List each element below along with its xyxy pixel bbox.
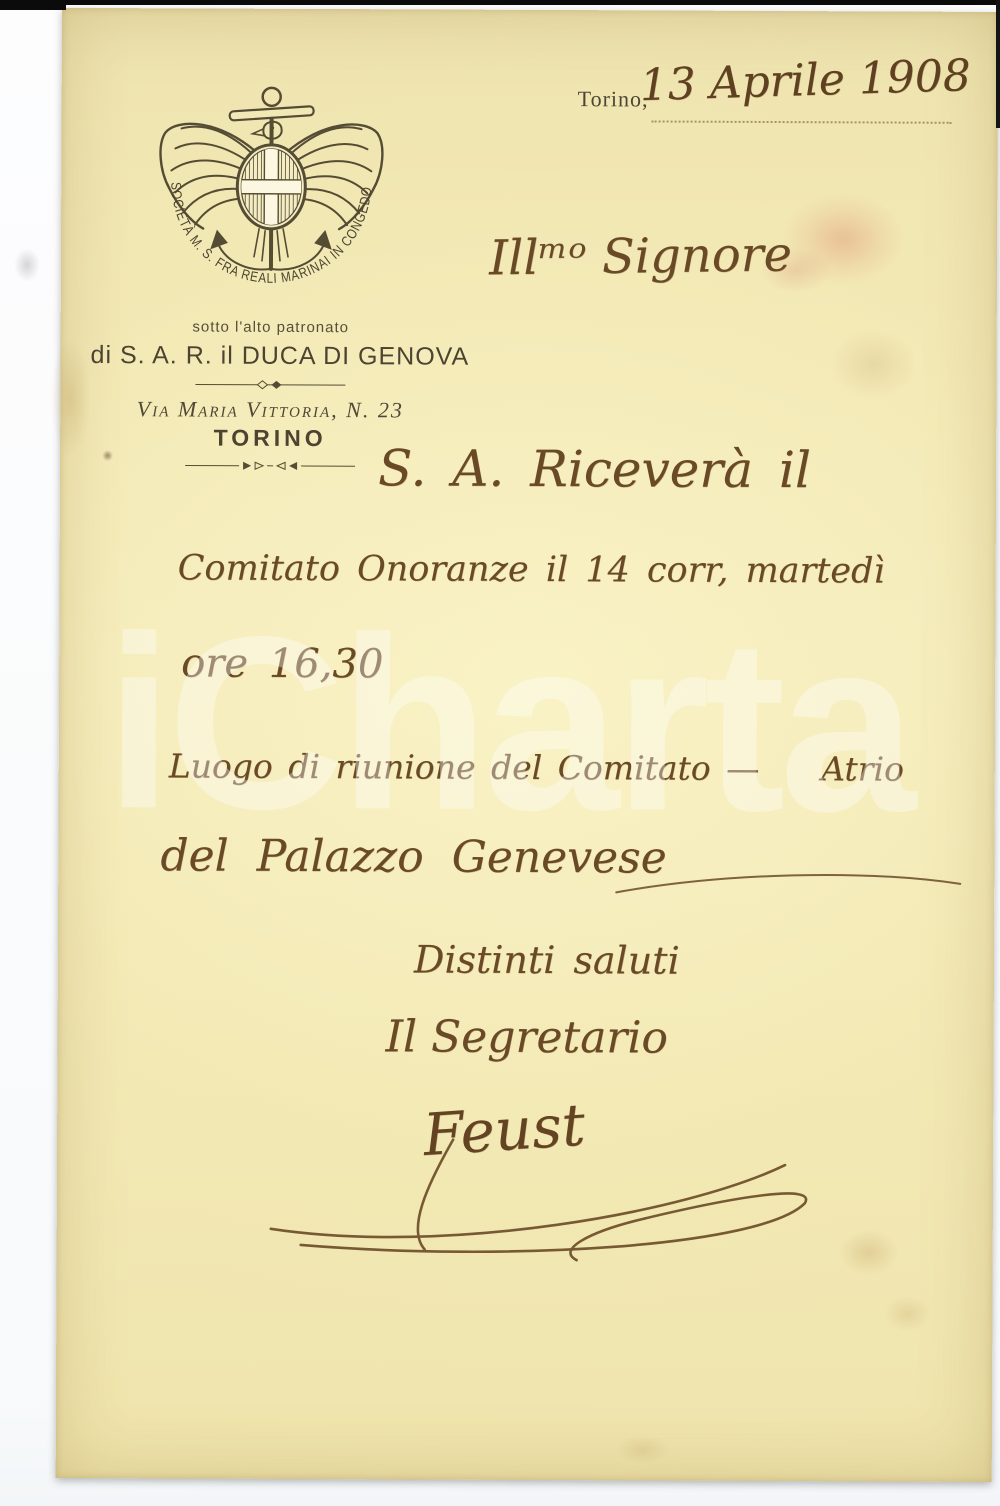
handwritten-line: S. A. Riceverà il bbox=[378, 439, 811, 499]
diamond-divider bbox=[195, 378, 345, 391]
scan-edge-right bbox=[996, 0, 1000, 128]
letterhead: SOCIETÀ M. S. FRA REALI MARINAI IN CONGE… bbox=[90, 70, 452, 473]
handwritten-line: Luogo di riunione del Comitato — Atrio bbox=[169, 746, 904, 788]
edge-stain bbox=[50, 338, 91, 458]
address-line: Via Maria Vittoria, N. 23 bbox=[90, 396, 450, 424]
pink-stain bbox=[783, 193, 903, 286]
patronage-line: sotto l'alto patronato bbox=[91, 318, 451, 337]
foxing-spot bbox=[839, 1229, 899, 1275]
scan-edge-top bbox=[0, 0, 1000, 5]
foxing-spot bbox=[616, 1434, 670, 1464]
pen-flourish bbox=[614, 866, 964, 902]
foxing-spot bbox=[884, 1296, 930, 1332]
signature-flourish bbox=[257, 1133, 838, 1276]
icharta-watermark: iCharta bbox=[104, 600, 911, 850]
tan-stain bbox=[830, 329, 916, 399]
eagle-anchor-emblem-icon: SOCIETÀ M. S. FRA REALI MARINAI IN CONGE… bbox=[119, 70, 424, 315]
handwritten-line: ore 16,30 bbox=[181, 640, 383, 687]
handwritten-line: del Palazzo Genevese bbox=[160, 830, 667, 883]
background-smudge bbox=[14, 248, 40, 282]
scan-edge-topleft bbox=[0, 0, 66, 10]
handwritten-line: Distinti saluti bbox=[414, 937, 680, 982]
handwritten-line: Il Segretario bbox=[385, 1011, 668, 1063]
printed-city-label: Torino, bbox=[578, 86, 649, 112]
scanned-letter-photo: SOCIETÀ M. S. FRA REALI MARINAI IN CONGE… bbox=[0, 0, 1000, 1506]
letter-sheet: SOCIETÀ M. S. FRA REALI MARINAI IN CONGE… bbox=[56, 8, 998, 1482]
handwritten-salutation: Illᵐᵒ Signore bbox=[489, 226, 793, 286]
arrow-divider bbox=[185, 459, 355, 472]
handwritten-date: 13 Aprile 1908 bbox=[639, 50, 972, 111]
patron-line: di S. A. R. il DUCA DI GENOVA bbox=[91, 341, 451, 372]
handwritten-line: Comitato Onoranze il 14 corr, martedì bbox=[178, 548, 885, 591]
